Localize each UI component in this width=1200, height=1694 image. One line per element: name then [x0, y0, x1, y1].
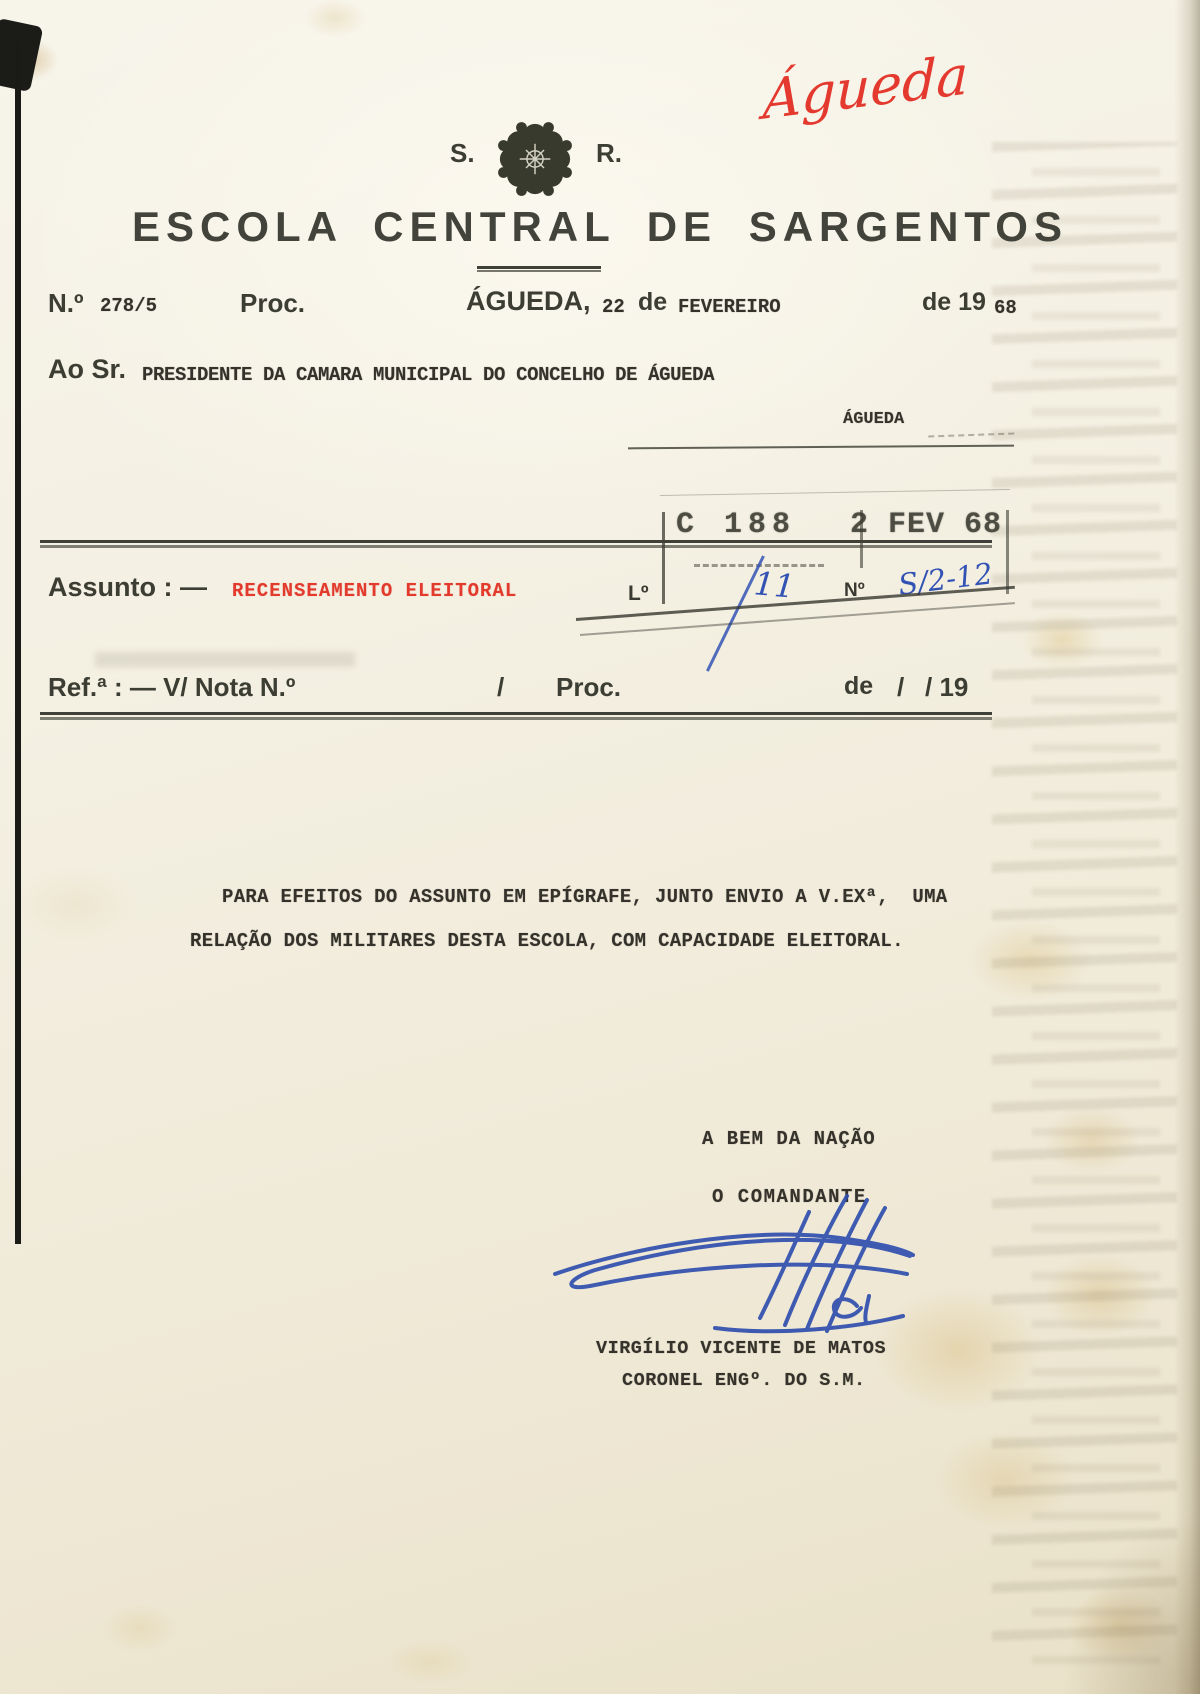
stamp-date: 2 FEV 68 [850, 508, 1002, 542]
date-year: 68 [994, 297, 1017, 319]
signer-name: VIRGÍLIO VICENTE DE MATOS [596, 1338, 886, 1359]
bleed-through-text [1032, 168, 1160, 1664]
scanned-letter-page: Águeda S. R. ESCOLA CENTRAL DE SARGENTOS… [0, 0, 1200, 1694]
paper-corner-shadow [1030, 1464, 1200, 1694]
numero-label: N.º [48, 288, 84, 319]
letterhead-right-initial: R. [596, 138, 622, 169]
numero-value: 278/5 [100, 295, 157, 317]
left-margin-line [15, 42, 21, 1244]
letterhead-left-initial: S. [450, 138, 475, 169]
stamp-city: ÁGUEDA [843, 410, 904, 429]
stamp-entry-number: C 188 [676, 508, 796, 542]
body-line-1: PARA EFEITOS DO ASSUNTO EM EPÍGRAFE, JUN… [222, 886, 948, 908]
reference-slash1: / [497, 672, 504, 703]
body-line-2: RELAÇÃO DOS MILITARES DESTA ESCOLA, COM … [190, 930, 904, 952]
addressee-label: Ao Sr. [48, 354, 126, 385]
closing-motto: A BEM DA NAÇÃO [702, 1128, 876, 1150]
divider-rule-bottom [40, 712, 992, 721]
reference-proc-label: Proc. [556, 672, 621, 703]
signature-ink [535, 1178, 925, 1343]
paper-stains [0, 0, 1200, 1694]
stamp-squiggle [928, 421, 1014, 438]
bleed-through-text [992, 142, 1177, 1670]
divider-rule-top [40, 540, 992, 549]
stamp-box-left [662, 512, 665, 604]
armillary-emblem-icon [490, 114, 580, 204]
stamp-livro-value-handwritten: 11 [752, 564, 796, 605]
stamp-box-right [1006, 510, 1009, 594]
addressee-value: PRESIDENTE DA CAMARA MUNICIPAL DO CONCEL… [142, 364, 714, 386]
date-month: FEVEREIRO [678, 296, 781, 318]
stamp-top-rule [628, 445, 1014, 450]
stamp-bottom-rule-b [580, 602, 1015, 636]
page-title: ESCOLA CENTRAL DE SARGENTOS [132, 203, 1068, 251]
scan-corner-mark [0, 18, 43, 92]
reference-year-prefix: / 19 [925, 672, 968, 703]
reference-de-label: de [844, 672, 873, 701]
date-day: 22 [602, 296, 625, 318]
stamp-livro-label: Lº [628, 582, 649, 606]
reference-slash2: / [897, 672, 904, 703]
subject-value: RECENSEAMENTO ELEITORAL [232, 580, 517, 602]
handwritten-note-red: Águeda [762, 43, 969, 132]
place-label: ÁGUEDA, [466, 286, 591, 317]
stamp-faint-edge [660, 489, 1010, 496]
title-underline [477, 266, 601, 273]
de-label: de [638, 288, 667, 317]
proc-label: Proc. [240, 288, 305, 319]
subject-label: Assunto : — [48, 572, 207, 603]
de-year-label: de 19 [922, 288, 986, 317]
signer-title: CORONEL ENGº. DO S.M. [622, 1370, 866, 1391]
paper-right-edge [1174, 0, 1200, 1694]
blue-pen-stroke [706, 555, 765, 671]
reference-label: Ref.ª : — V/ Nota N.º [48, 672, 295, 703]
ink-smudge [95, 652, 355, 667]
